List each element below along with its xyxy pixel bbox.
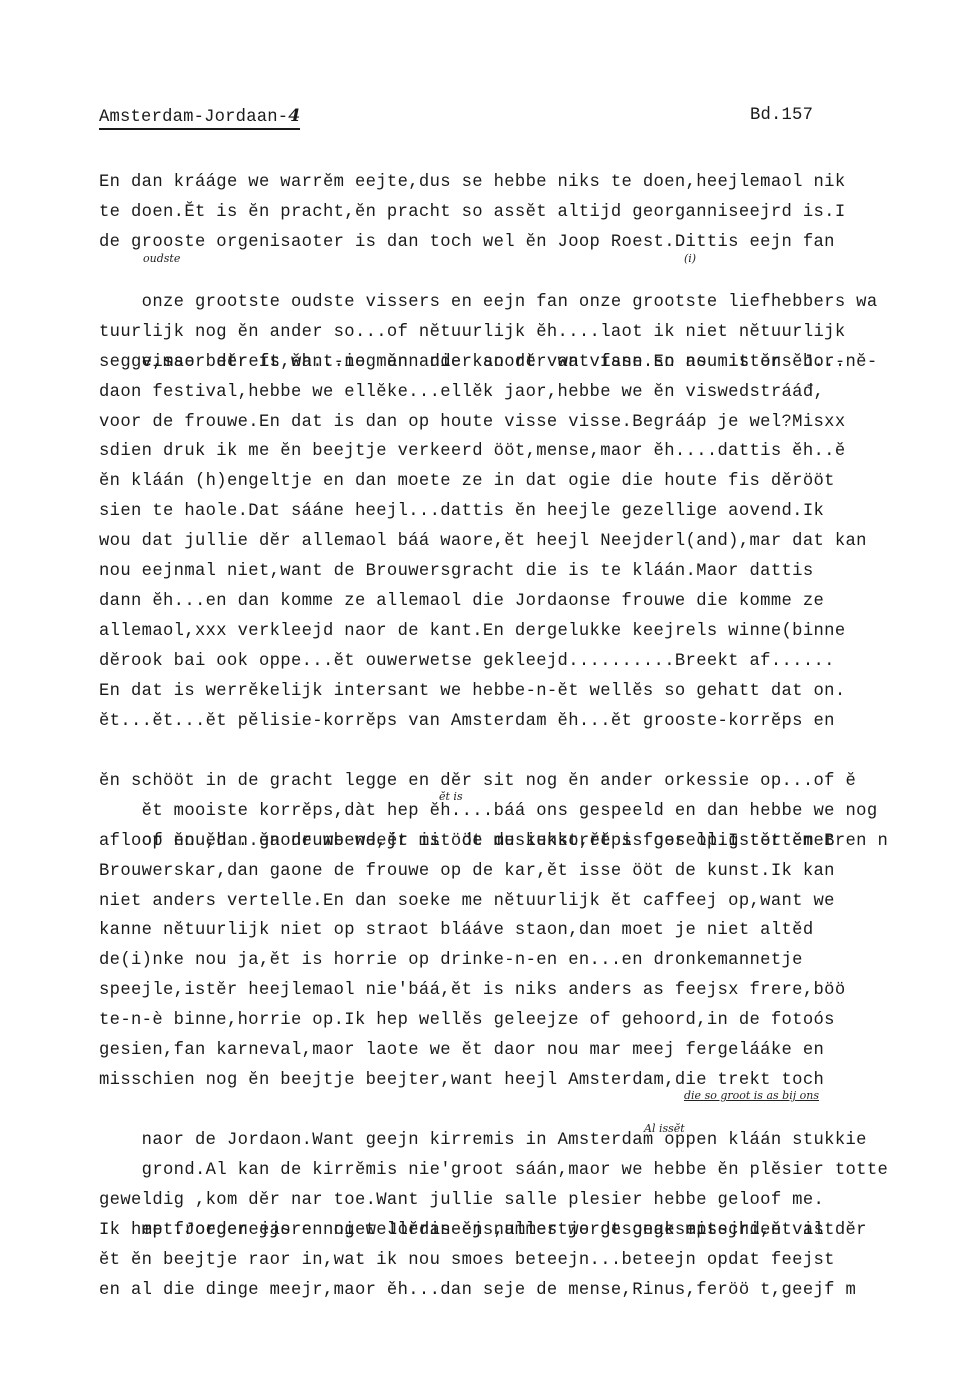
text-line: ĕt ĕn beejtje raor in,wat ik nou smoes b… [99,1246,954,1276]
text-line: Brouwerskar,dan gaone de frouwe op de ka… [99,857,954,887]
text-line: ĕn schööt in de gracht legge en dĕr sit … [99,767,954,797]
handwritten-insert: die so groot is as bij ons [684,1081,819,1111]
text-line: en al die dinge meejr,maor ĕh...dan seje… [99,1276,954,1306]
text-line: de(i)nke nou ja,ĕt is horrie op drinke-n… [99,946,954,976]
text-line: 333 visse betreft,want-ie mann die kan d… [99,288,954,318]
text-line: En dat is werrĕkelijk intersant we hebbe… [99,677,954,707]
text-line: sdien druk ik me ĕn beejtje verkeerd ööt… [99,437,954,467]
text-line: daon festival,hebbe we ellĕke...ellĕk ja… [99,378,954,408]
text-line: 346 ĕt mooiste korrĕps,dàt hep ĕh....báá… [99,737,954,767]
handwritten-insert: (i) [684,244,696,274]
text-line: kanne nĕtuurlijk niet op straot bláávе s… [99,916,954,946]
handwritten-insert: ĕt is [439,782,463,812]
text-line: de grooste orgenisaoter is dan toch wel … [99,228,954,258]
text-line: wou dat jullie dĕr allemaol báá waore,ĕt… [99,527,954,557]
text-line: segge,maor dĕr is ĕh...nog ĕn ander soor… [99,348,954,378]
text-line: te doen.Ĕt is ĕn pracht,ĕn pracht so ass… [99,198,954,228]
text-line-annotated: of ĕn ĕh...ĕn drumbend,ĕt is ööt de kuns… [99,797,954,827]
text-line: speejle,istĕr heejlemaol nie'báá,ĕt is n… [99,976,954,1006]
title-text: Amsterdam-Jordaan- [99,108,288,127]
text-line: afloop nou,dan gaone we weejr mit de mus… [99,827,954,857]
text-line: dann ĕh...en dan komme ze allemaol die J… [99,587,954,617]
text-line-annotated: onze grootste oudste vissers en eejn fan… [99,258,954,288]
transcript-body: En dan kráágе we warrĕm eejte,dus se heb… [99,168,954,1306]
text-line-annotated: grond.Al kan de kirrĕmis nie'groot sáán,… [99,1126,954,1156]
page-header: Amsterdam-Jordaan-4 Bd.157 [99,106,839,136]
text-line: nou eejnmal niet,want de Brouwersgracht … [99,557,954,587]
text-line: gesien,fan karneval,maor laote we ĕt dao… [99,1036,954,1066]
document-title: Amsterdam-Jordaan-4 [99,106,300,130]
volume-number: Bd.157 [750,106,813,125]
text-line: voor de frouwe.En dat is dan op houte vi… [99,408,954,438]
text-line: tuurlijk nog ĕn ander so...of nĕtuurlijk… [99,318,954,348]
text-line: ĕt...ĕt...ĕt pĕlisie-korrĕps van Amsterd… [99,707,954,737]
text-line: misschien nog ĕn beejtje beejter,want he… [99,1066,954,1096]
handwritten-insert: Al issĕt [644,1114,685,1144]
handwritten-page-number: 4 [288,106,300,126]
text-line: ĕn kláán (h)engeltje en dan moete ze in … [99,467,954,497]
text-line: sien te haole.Dat sááne heejl...dattis ĕ… [99,497,954,527]
text-line: En dan kráágе we warrĕm eejte,dus se heb… [99,168,954,198]
handwritten-correction: oudste [143,244,180,274]
text-line: Ik hep froeger jaore nog wellĕris ĕn num… [99,1216,954,1246]
text-line-annotated: naor de Jordaon.Want geejn kirremis in A… [99,1096,954,1126]
text-line: geweldig ,kom dĕr nar toe.Want jullie sa… [99,1186,954,1216]
text-line: niet anders vertelle.En dan soeke me nĕt… [99,887,954,917]
text-line: 352 met.Jordeneejs en niet Jordaneejs,al… [99,1156,954,1186]
text-line: dĕrook bai ook oppe...ĕt ouwerwetse gekl… [99,647,954,677]
text-line: allemaol,xxx verkleejd naor de kant.En d… [99,617,954,647]
text-line: te-n-è binne,horrie op.Ik hep wellĕs gel… [99,1006,954,1036]
